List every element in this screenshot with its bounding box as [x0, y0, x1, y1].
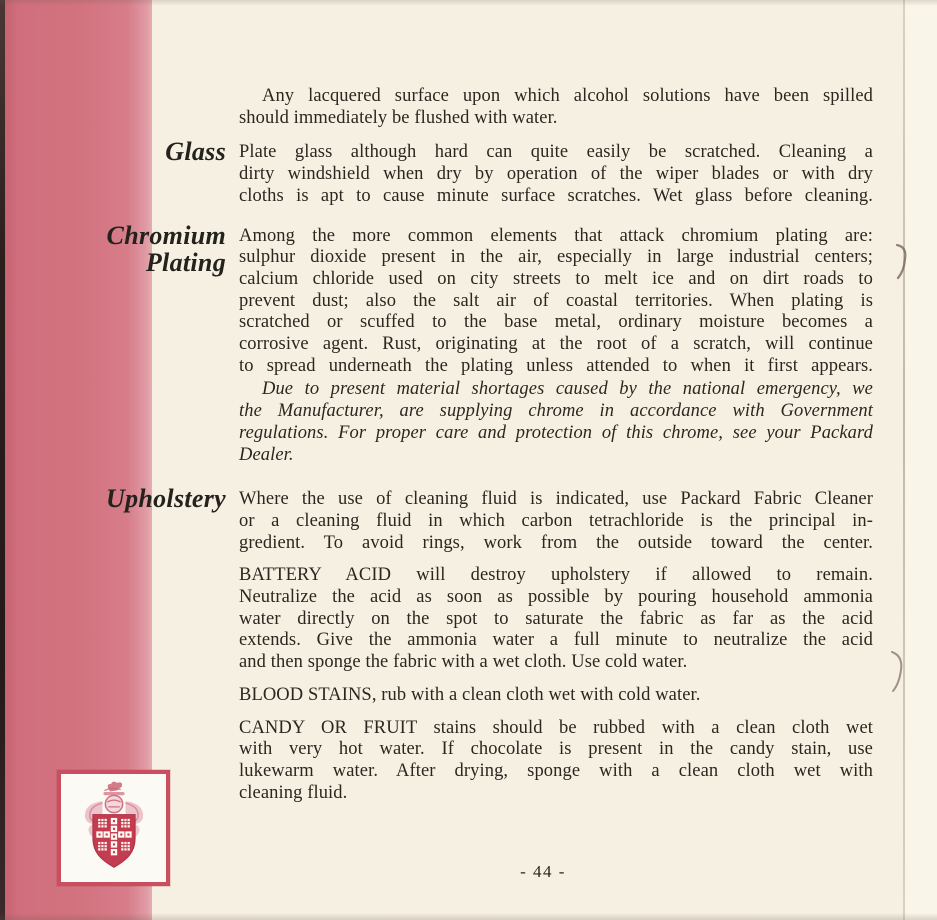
text-line: to spread underneath the plating unless …	[239, 356, 873, 378]
emblem-box	[57, 770, 170, 886]
packard-crest-icon	[72, 780, 156, 876]
section-chromium-plating: Chromium PlatingAmong the more common el…	[96, 226, 874, 467]
section-glass: GlassPlate glass although hard can quite…	[96, 142, 874, 207]
section-body: Any lacquered surface upon which alcohol…	[239, 86, 873, 129]
text-line: water directly on the spot to saturate t…	[239, 609, 873, 631]
text-line: regulations. For proper care and protect…	[239, 423, 873, 445]
section-body: Among the more common elements that atta…	[239, 226, 873, 467]
text-line: extends. Give the ammonia water a full m…	[239, 630, 873, 652]
text-line: Neutralize the acid as soon as possible …	[239, 587, 873, 609]
text-line: corrosive agent. Rust, originating at th…	[239, 334, 873, 356]
paragraph: Where the use of cleaning fluid is indic…	[239, 489, 873, 554]
page-curl-mark-bottom	[889, 650, 907, 694]
scan-bottom-shadow	[0, 913, 937, 920]
text-line: Due to present material shortages caused…	[239, 379, 873, 401]
text-line: dirty windshield when dry by operation o…	[239, 164, 873, 186]
text-line: and then sponge the fabric with a wet cl…	[239, 652, 873, 674]
content-sections: Any lacquered surface upon which alcohol…	[96, 86, 874, 804]
scan-left-edge	[0, 0, 5, 920]
text-line: cloths is apt to cause minute surface sc…	[239, 186, 873, 208]
text-line: or a cleaning fluid in which carbon tetr…	[239, 511, 873, 533]
section-heading: Upholstery	[96, 485, 226, 512]
text-line: the Manufacturer, are supplying chrome i…	[239, 401, 873, 423]
paragraph: Among the more common elements that atta…	[239, 226, 873, 378]
paragraph: CANDY OR FRUIT stains should be rubbed w…	[239, 718, 873, 805]
section-heading: Chromium Plating	[96, 222, 226, 276]
text-line: cleaning fluid.	[239, 783, 873, 805]
page-number: - 44 -	[240, 862, 846, 882]
text-line: Dealer.	[239, 445, 873, 467]
paragraph: Plate glass although hard can quite easi…	[239, 142, 873, 207]
text-line: calcium chloride used on city streets to…	[239, 269, 873, 291]
text-line: gredient. To avoid rings, work from the …	[239, 533, 873, 555]
text-line: should immediately be flushed with water…	[239, 108, 873, 130]
section-upholstery: UpholsteryWhere the use of cleaning flui…	[96, 489, 874, 804]
section-body: Plate glass although hard can quite easi…	[239, 142, 873, 207]
text-line: sulphur dioxide present in the air, espe…	[239, 247, 873, 269]
paragraph: Any lacquered surface upon which alcohol…	[239, 86, 873, 129]
page-curl-mark-top	[893, 243, 911, 281]
text-line: with very hot water. If chocolate is pre…	[239, 739, 873, 761]
paragraph: BLOOD STAINS, rub with a clean cloth wet…	[239, 685, 873, 707]
page-crease	[903, 0, 905, 920]
text-line: scratched or scuffed to the base metal, …	[239, 312, 873, 334]
page-edge-light	[905, 0, 937, 920]
manual-page: { "page": { "number_label": "- 44 -", "c…	[0, 0, 937, 920]
scan-top-shadow	[0, 0, 937, 6]
paragraph: Due to present material shortages caused…	[239, 379, 873, 466]
section-body: Where the use of cleaning fluid is indic…	[239, 489, 873, 804]
text-line: Where the use of cleaning fluid is indic…	[239, 489, 873, 511]
text-line: Among the more common elements that atta…	[239, 226, 873, 248]
text-line: Any lacquered surface upon which alcohol…	[239, 86, 873, 108]
text-line: Plate glass although hard can quite easi…	[239, 142, 873, 164]
text-line: prevent dust; also the salt air of coast…	[239, 291, 873, 313]
text-line: BATTERY ACID will destroy upholstery if …	[239, 565, 873, 587]
paragraph: BATTERY ACID will destroy upholstery if …	[239, 565, 873, 674]
section-intro: Any lacquered surface upon which alcohol…	[96, 86, 874, 129]
text-line: CANDY OR FRUIT stains should be rubbed w…	[239, 718, 873, 740]
text-line: lukewarm water. After drying, sponge wit…	[239, 761, 873, 783]
section-heading: Glass	[96, 138, 226, 165]
text-line: BLOOD STAINS, rub with a clean cloth wet…	[239, 685, 873, 707]
